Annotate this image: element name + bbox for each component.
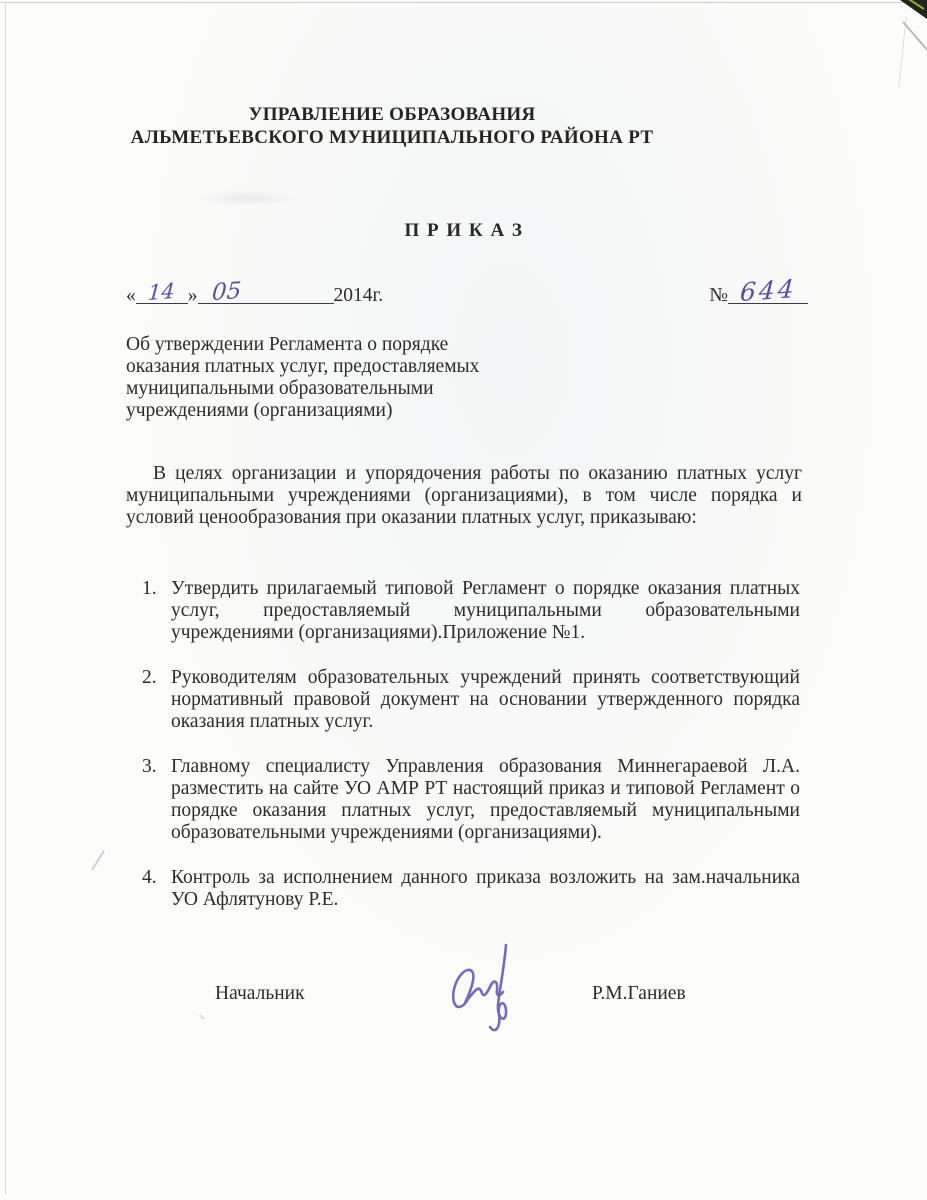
handwritten-signature-ink xyxy=(447,941,535,1043)
order-item: 4. Контроль за исполнением данного прика… xyxy=(142,867,800,911)
pencil-slash-mark xyxy=(91,850,105,871)
date-field: «14»052014г. xyxy=(126,285,383,307)
order-item: 1. Утвердить прилагаемый типовой Регламе… xyxy=(142,578,800,644)
ink-ghost-smudge xyxy=(200,190,295,206)
close-quote: » xyxy=(188,285,198,306)
item-number: 3. xyxy=(142,756,171,844)
item-number: 4. xyxy=(142,867,171,911)
order-items-list: 1. Утвердить прилагаемый типовой Регламе… xyxy=(142,578,800,934)
org-name-line1: УПРАВЛЕНИЕ ОБРАЗОВАНИЯ xyxy=(126,103,658,126)
order-subject: Об утверждении Регламента о порядке оказ… xyxy=(126,334,586,422)
scanned-order-document: УПРАВЛЕНИЕ ОБРАЗОВАНИЯ АЛЬМЕТЬЕВСКОГО МУ… xyxy=(0,0,927,1200)
subject-line: оказания платных услуг, предоставляемых xyxy=(126,356,586,378)
order-item: 3. Главному специалисту Управления образ… xyxy=(142,756,800,844)
scan-left-edge-line xyxy=(5,3,6,1195)
subject-line: муниципальными образовательными xyxy=(126,378,586,400)
corner-crease-line xyxy=(902,21,927,53)
item-text: Контроль за исполнением данного приказа … xyxy=(171,867,800,911)
item-number: 1. xyxy=(142,578,171,644)
subject-line: учреждениями (организациями) xyxy=(126,400,586,422)
paper-edge-line xyxy=(898,16,907,88)
number-label: № xyxy=(709,285,728,306)
year-text: 2014г. xyxy=(334,285,384,306)
org-name-line2: АЛЬМЕТЬЕВСКОГО МУНИЦИПАЛЬНОГО РАЙОНА РТ xyxy=(126,126,658,149)
stray-tick-mark xyxy=(199,1014,205,1019)
signer-name: Р.М.Ганиев xyxy=(592,983,686,1005)
number-field: №644 xyxy=(709,285,808,307)
order-item: 2. Руководителям образовательных учрежде… xyxy=(142,667,800,733)
handwritten-day: 14 xyxy=(148,284,176,300)
scan-top-edge-line xyxy=(0,2,927,3)
item-text: Главному специалисту Управления образова… xyxy=(171,756,800,844)
handwritten-month: 05 xyxy=(211,284,241,300)
order-preamble: В целях организации и упорядочения работ… xyxy=(126,463,802,529)
open-quote: « xyxy=(126,285,136,306)
item-text: Утвердить прилагаемый типовой Регламент … xyxy=(171,578,800,644)
document-title: П Р И К А З xyxy=(126,220,802,242)
date-number-row: «14»052014г. №644 xyxy=(126,285,808,307)
org-letterhead: УПРАВЛЕНИЕ ОБРАЗОВАНИЯ АЛЬМЕТЬЕВСКОГО МУ… xyxy=(126,103,658,149)
month-blank: 05 xyxy=(198,287,334,304)
number-blank: 644 xyxy=(728,286,808,304)
item-text: Руководителям образовательных учреждений… xyxy=(171,667,800,733)
subject-line: Об утверждении Регламента о порядке xyxy=(126,334,586,356)
handwritten-number: 644 xyxy=(739,282,797,300)
signer-position: Начальник xyxy=(215,983,305,1005)
item-number: 2. xyxy=(142,667,171,733)
day-blank: 14 xyxy=(136,287,188,304)
